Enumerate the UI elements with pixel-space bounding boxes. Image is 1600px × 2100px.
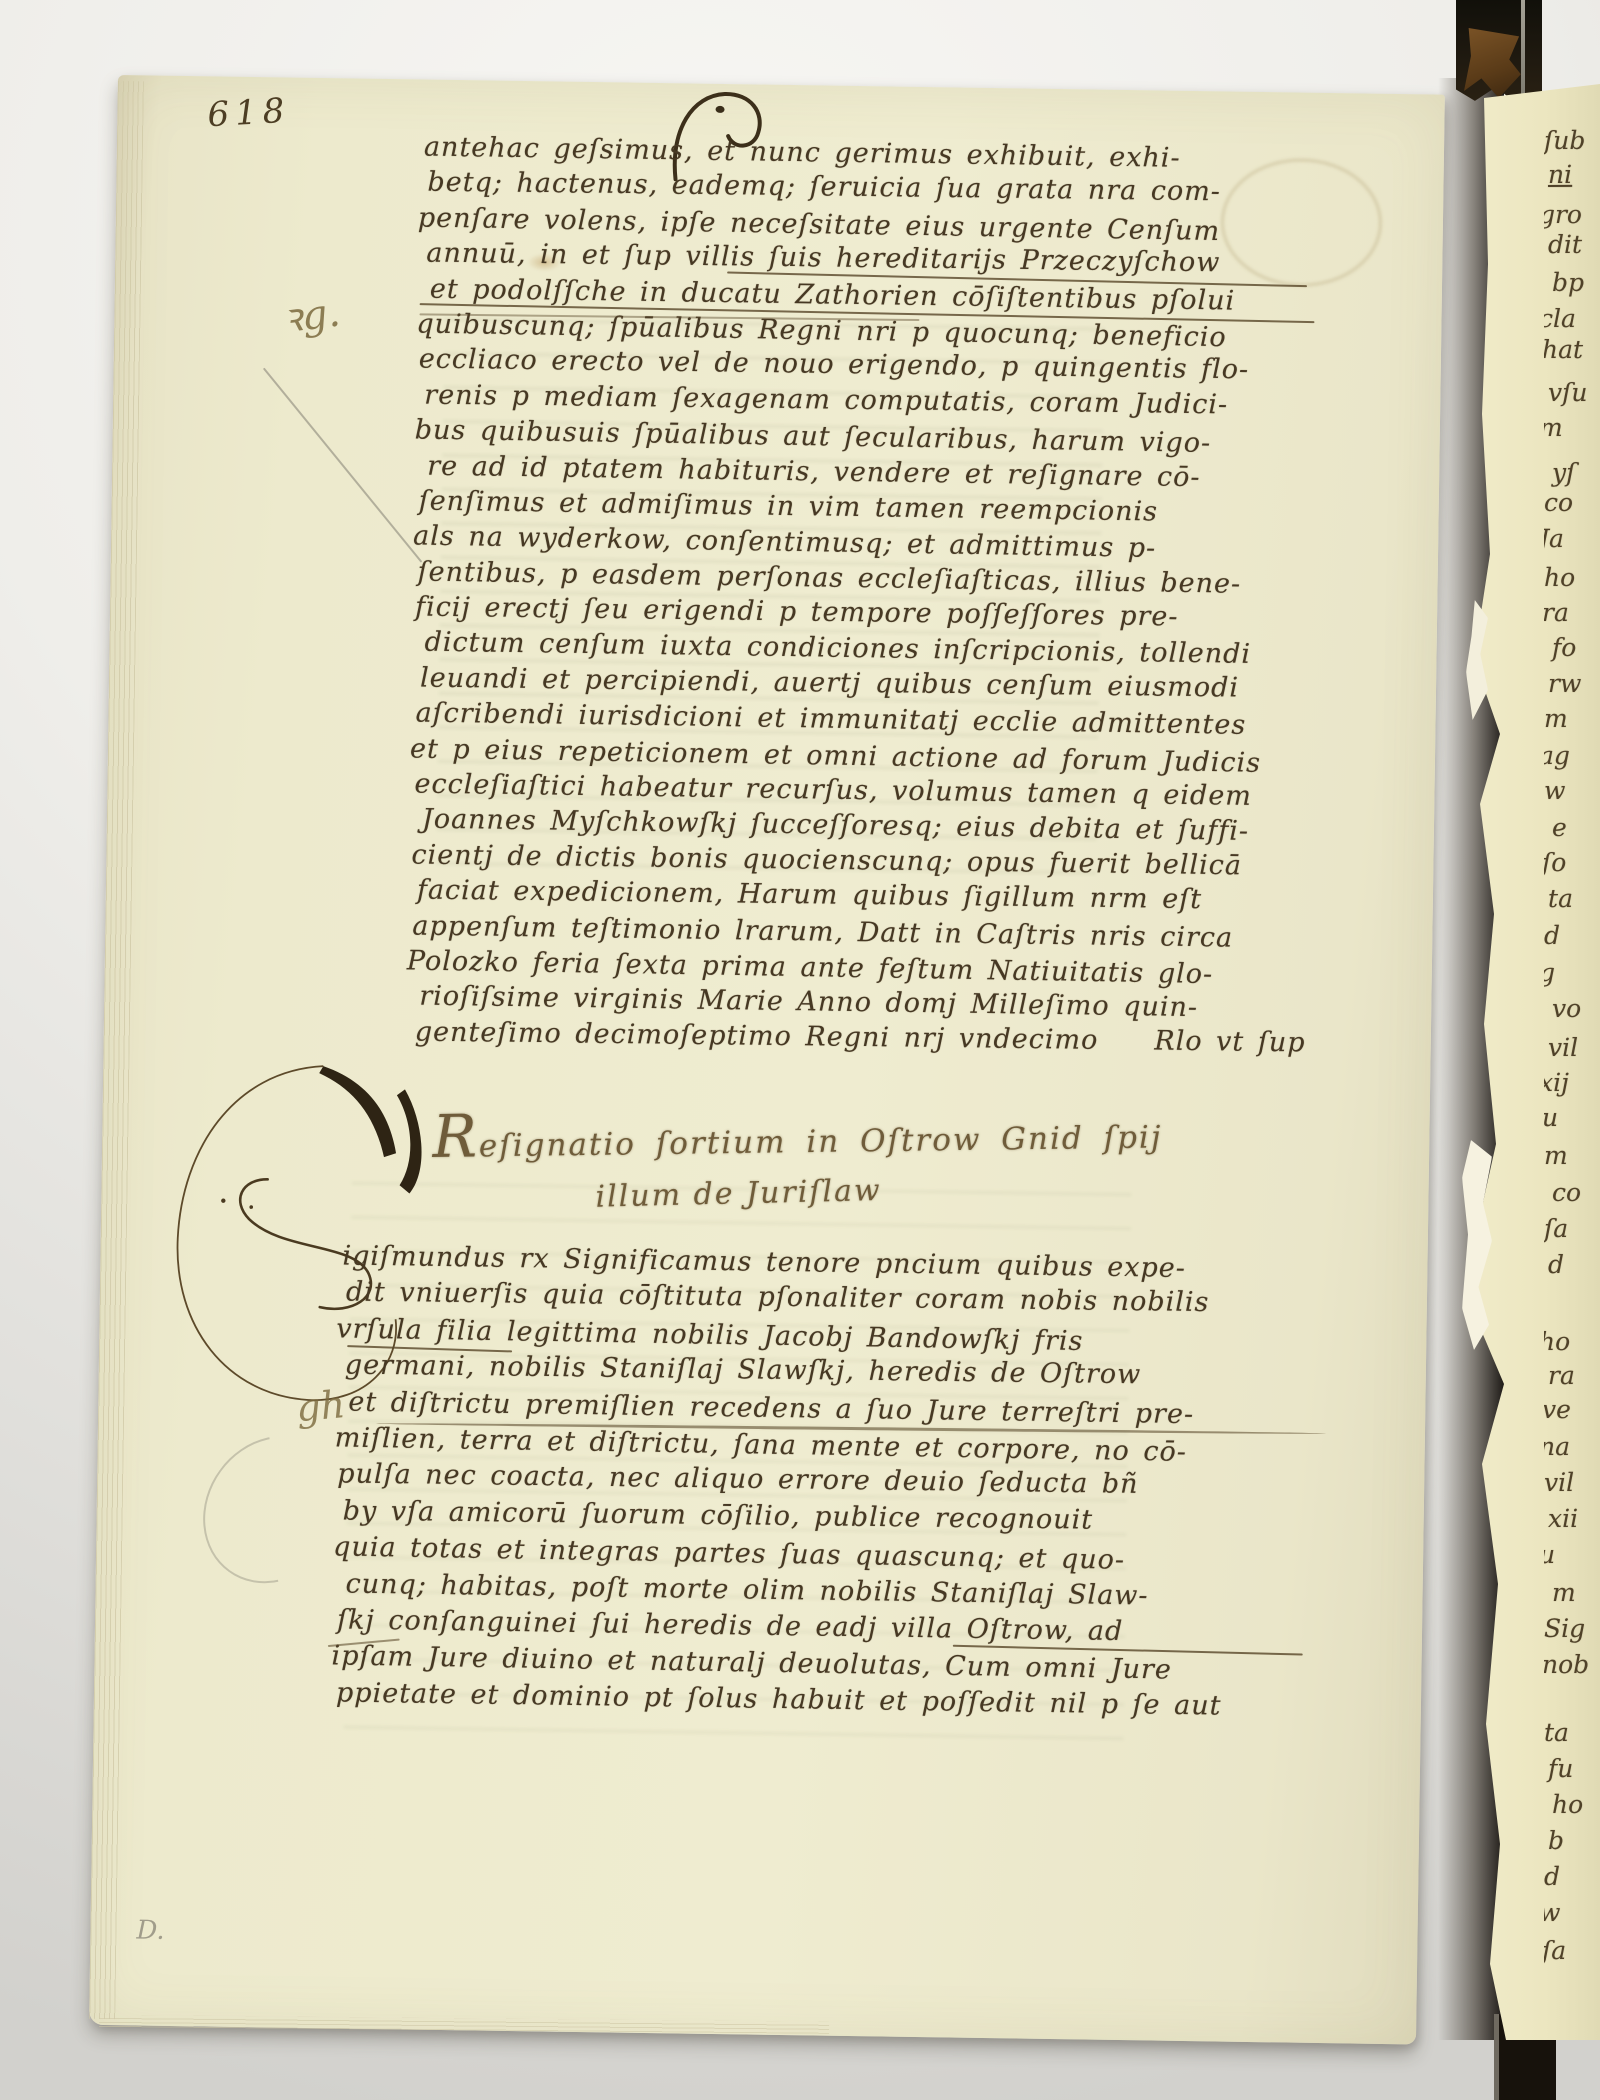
entry2-text-block: igiſmundus rx Significamus tenore pncium… xyxy=(336,1238,1343,1726)
line-fragment: fo xyxy=(1552,633,1576,662)
line-fragment: yſ xyxy=(1552,458,1575,487)
sheet-stack-edge xyxy=(89,81,144,2019)
line-fragment: w xyxy=(1544,776,1565,805)
line-fragment: m xyxy=(1552,1578,1576,1607)
line-fragment: ho xyxy=(1544,1327,1570,1356)
page-number: 618 xyxy=(206,91,291,135)
line-fragment: m xyxy=(1544,413,1563,442)
line-fragment: b xyxy=(1548,1826,1564,1855)
line-fragment: bp xyxy=(1552,268,1584,297)
entry2-heading-line2: illum de Juriſlaw xyxy=(595,1173,882,1215)
line-fragment: nob xyxy=(1544,1650,1589,1679)
entry1-text-block: antehac geſsimus, et nunc gerimus exhibu… xyxy=(411,130,1325,1063)
line-fragment: ſo xyxy=(1544,848,1566,877)
line-fragment: ra xyxy=(1544,598,1569,627)
line-fragment: m xyxy=(1544,704,1568,733)
line-fragment: w xyxy=(1544,1898,1560,1927)
line-fragment: dit xyxy=(1548,230,1582,259)
line-fragment: ni xyxy=(1548,160,1572,189)
clasp-metal-line xyxy=(1521,0,1525,98)
line-fragment: co xyxy=(1544,488,1573,517)
line-fragment: ag xyxy=(1544,741,1570,770)
line-fragment: xii xyxy=(1548,1504,1578,1533)
line-fragment: vo xyxy=(1552,994,1581,1023)
line-fragment: d xyxy=(1548,1250,1564,1279)
entry2-heading-line1: Reſignatio ſortium in Oſtrow Gnid ſpij xyxy=(432,1092,1163,1171)
marginal-mark-2: gh xyxy=(294,1382,347,1430)
pencil-note-d: D. xyxy=(136,1915,165,1945)
line-fragment: fu xyxy=(1548,1754,1573,1783)
line-fragment: ſub xyxy=(1544,126,1585,155)
line-fragment: cla xyxy=(1544,304,1576,333)
manuscript-photo: ſubnigroditbpclahatvſumyſcoJahoraforwmag… xyxy=(0,0,1600,2100)
right-page-line-fragments: ſubnigroditbpclahatvſumyſcoJahoraforwmag… xyxy=(1544,84,1600,2040)
line-fragment: m xyxy=(1544,1141,1568,1170)
sheet-stack-bottom-edge xyxy=(99,2015,829,2034)
line-fragment: ra xyxy=(1548,1361,1575,1390)
line-fragment: ho xyxy=(1544,563,1575,592)
line-fragment: co xyxy=(1552,1178,1581,1207)
line-fragment: hat xyxy=(1544,335,1583,364)
line-fragment: ve xyxy=(1544,1395,1571,1424)
line-fragment: e xyxy=(1552,813,1567,842)
line-fragment: ta xyxy=(1548,884,1573,913)
left-page: 618 antehac geſsimus, et nunc gerimus ex… xyxy=(89,75,1445,2044)
line-fragment: xij xyxy=(1544,1068,1569,1097)
line-fragment: vil xyxy=(1548,1033,1578,1062)
line-fragment: d xyxy=(1544,921,1560,950)
line-fragment: ho xyxy=(1552,1790,1583,1819)
line-fragment: gro xyxy=(1544,200,1582,229)
line-fragment: Sig xyxy=(1544,1614,1585,1643)
line-fragment: g xyxy=(1544,958,1555,987)
pencil-diagonal-stroke xyxy=(263,368,422,563)
line-fragment: u xyxy=(1544,1540,1555,1569)
line-fragment: na xyxy=(1544,1432,1570,1461)
line-fragment: vſu xyxy=(1548,378,1588,407)
line-fragment: ſa xyxy=(1544,1214,1568,1243)
line-fragment: u xyxy=(1544,1103,1558,1132)
marginal-mark-1: ꝛg. xyxy=(279,283,343,345)
line-fragment: vil xyxy=(1544,1468,1574,1497)
line-fragment: Ja xyxy=(1544,524,1564,553)
line-fragment: ta xyxy=(1544,1718,1569,1747)
line-fragment: rw xyxy=(1548,669,1581,698)
line-fragment: ſa xyxy=(1544,1936,1566,1965)
line-fragment: d xyxy=(1544,1862,1560,1891)
